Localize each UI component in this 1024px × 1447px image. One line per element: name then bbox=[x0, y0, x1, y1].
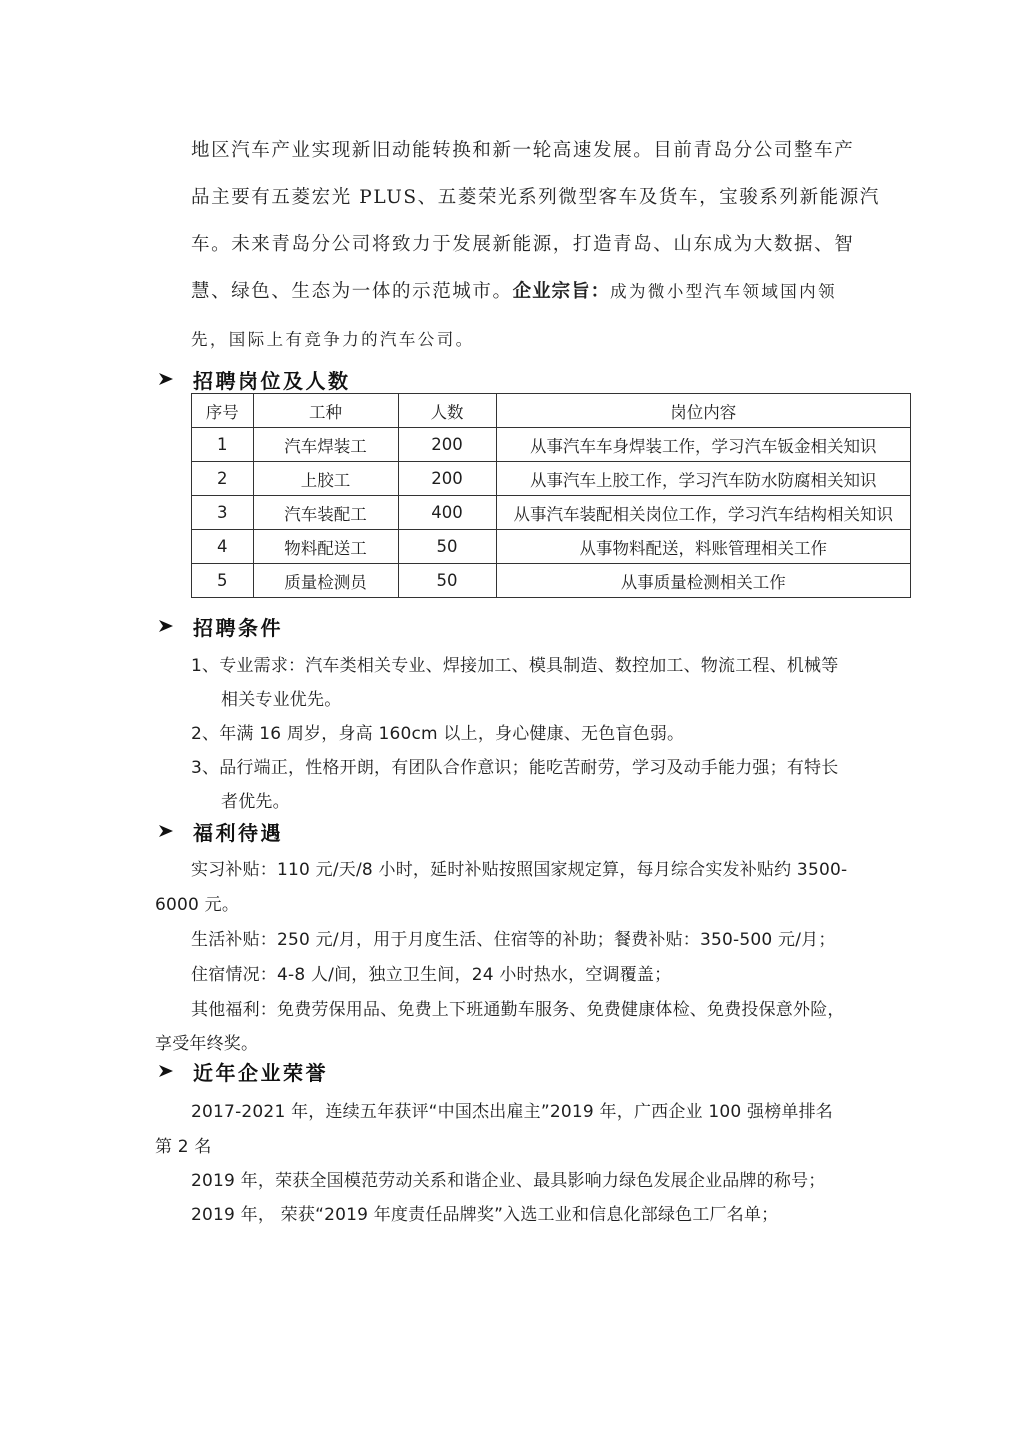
cell-headcount: 200 bbox=[398, 428, 496, 462]
requirement-item-3-cont: 者优先。 bbox=[221, 787, 290, 812]
section-heading-positions: 招聘岗位及人数 bbox=[158, 365, 351, 393]
requirement-item-1-cont: 相关专业优先。 bbox=[221, 685, 341, 710]
honor-item-1: 2017-2021 年，连续五年获评“中国杰出雇主”2019 年，广西企业 10… bbox=[191, 1097, 833, 1122]
section-title: 招聘岗位及人数 bbox=[193, 365, 351, 394]
positions-table: 序号 工种 人数 岗位内容 1 汽车焊装工 200 从事汽车车身焊装工作，学习汽… bbox=[191, 393, 911, 598]
cell-job-description: 从事汽车上胶工作，学习汽车防水防腐相关知识 bbox=[496, 462, 910, 496]
table-header-row: 序号 工种 人数 岗位内容 bbox=[192, 394, 911, 428]
arrowhead-bullet-icon bbox=[158, 372, 174, 386]
arrowhead-bullet-icon bbox=[158, 1064, 174, 1078]
table-row: 3 汽车装配工 400 从事汽车装配相关岗位工作，学习汽车结构相关知识 bbox=[192, 496, 911, 530]
header-headcount: 人数 bbox=[398, 394, 496, 428]
company-mission-label: 企业宗旨： bbox=[513, 281, 611, 302]
table-row: 1 汽车焊装工 200 从事汽车车身焊装工作，学习汽车钣金相关知识 bbox=[192, 428, 911, 462]
header-job-type: 工种 bbox=[253, 394, 398, 428]
company-mission-text: 成为微小型汽车领域国内领 bbox=[610, 282, 837, 301]
intro-line-3: 车。未来青岛分公司将致力于发展新能源，打造青岛、山东成为大数据、智 bbox=[191, 230, 854, 256]
cell-job-description: 从事物料配送，料账管理相关工作 bbox=[496, 530, 910, 564]
cell-headcount: 50 bbox=[398, 530, 496, 564]
benefit-living-subsidy: 生活补贴：250 元/月，用于月度生活、住宿等的补助；餐费补贴：350-500 … bbox=[191, 925, 836, 950]
section-heading-requirements: 招聘条件 bbox=[158, 612, 283, 640]
table-row: 4 物料配送工 50 从事物料配送，料账管理相关工作 bbox=[192, 530, 911, 564]
benefit-intern-subsidy: 实习补贴：110 元/天/8 小时，延时补贴按照国家规定算，每月综合实发补贴约 … bbox=[191, 855, 847, 880]
intro-line-5: 先，国际上有竞争力的汽车公司。 bbox=[191, 326, 475, 350]
cell-job-description: 从事质量检测相关工作 bbox=[496, 564, 910, 598]
requirement-item-1: 1、专业需求：汽车类相关专业、焊接加工、模具制造、数控加工、物流工程、机械等 bbox=[191, 651, 838, 676]
section-title: 近年企业荣誉 bbox=[193, 1057, 328, 1086]
requirement-item-3: 3、品行端正，性格开朗，有团队合作意识；能吃苦耐劳，学习及动手能力强；有特长 bbox=[191, 753, 838, 778]
header-no: 序号 bbox=[192, 394, 254, 428]
cell-no: 1 bbox=[192, 428, 254, 462]
benefit-accommodation: 住宿情况：4-8 人/间，独立卫生间，24 小时热水，空调覆盖； bbox=[191, 960, 671, 985]
cell-job-type: 物料配送工 bbox=[253, 530, 398, 564]
cell-headcount: 50 bbox=[398, 564, 496, 598]
intro-line-4-text: 慧、绿色、生态为一体的示范城市。 bbox=[191, 281, 513, 302]
cell-headcount: 200 bbox=[398, 462, 496, 496]
cell-job-description: 从事汽车车身焊装工作，学习汽车钣金相关知识 bbox=[496, 428, 910, 462]
requirement-item-2: 2、年满 16 周岁，身高 160cm 以上，身心健康、无色盲色弱。 bbox=[191, 719, 684, 744]
honor-item-3: 2019 年， 荣获“2019 年度责任品牌奖”入选工业和信息化部绿色工厂名单； bbox=[191, 1200, 778, 1225]
cell-no: 3 bbox=[192, 496, 254, 530]
section-title: 福利待遇 bbox=[193, 817, 283, 846]
section-title: 招聘条件 bbox=[193, 612, 283, 641]
cell-job-type: 汽车装配工 bbox=[253, 496, 398, 530]
intro-line-2: 品主要有五菱宏光 PLUS、五菱荣光系列微型客车及货车，宝骏系列新能源汽 bbox=[191, 183, 880, 209]
table-row: 5 质量检测员 50 从事质量检测相关工作 bbox=[192, 564, 911, 598]
benefit-other-cont: 享受年终奖。 bbox=[155, 1029, 258, 1054]
cell-job-type: 汽车焊装工 bbox=[253, 428, 398, 462]
honor-item-1-cont: 第 2 名 bbox=[155, 1132, 212, 1157]
arrowhead-bullet-icon bbox=[158, 619, 174, 633]
section-heading-benefits: 福利待遇 bbox=[158, 817, 283, 845]
intro-line-4: 慧、绿色、生态为一体的示范城市。企业宗旨：成为微小型汽车领域国内领 bbox=[191, 277, 837, 303]
cell-job-type: 上胶工 bbox=[253, 462, 398, 496]
benefit-intern-subsidy-cont: 6000 元。 bbox=[155, 890, 239, 915]
table-row: 2 上胶工 200 从事汽车上胶工作，学习汽车防水防腐相关知识 bbox=[192, 462, 911, 496]
honor-item-2: 2019 年，荣获全国模范劳动关系和谐企业、最具影响力绿色发展企业品牌的称号； bbox=[191, 1166, 825, 1191]
cell-job-type: 质量检测员 bbox=[253, 564, 398, 598]
cell-no: 5 bbox=[192, 564, 254, 598]
benefit-other: 其他福利：免费劳保用品、免费上下班通勤车服务、免费健康体检、免费投保意外险， bbox=[191, 995, 845, 1020]
cell-no: 2 bbox=[192, 462, 254, 496]
section-heading-honors: 近年企业荣誉 bbox=[158, 1057, 328, 1085]
cell-no: 4 bbox=[192, 530, 254, 564]
cell-headcount: 400 bbox=[398, 496, 496, 530]
arrowhead-bullet-icon bbox=[158, 824, 174, 838]
header-job-description: 岗位内容 bbox=[496, 394, 910, 428]
intro-line-1: 地区汽车产业实现新旧动能转换和新一轮高速发展。目前青岛分公司整车产 bbox=[191, 136, 854, 162]
document-page: 地区汽车产业实现新旧动能转换和新一轮高速发展。目前青岛分公司整车产 品主要有五菱… bbox=[0, 0, 1024, 1447]
cell-job-description: 从事汽车装配相关岗位工作，学习汽车结构相关知识 bbox=[496, 496, 910, 530]
